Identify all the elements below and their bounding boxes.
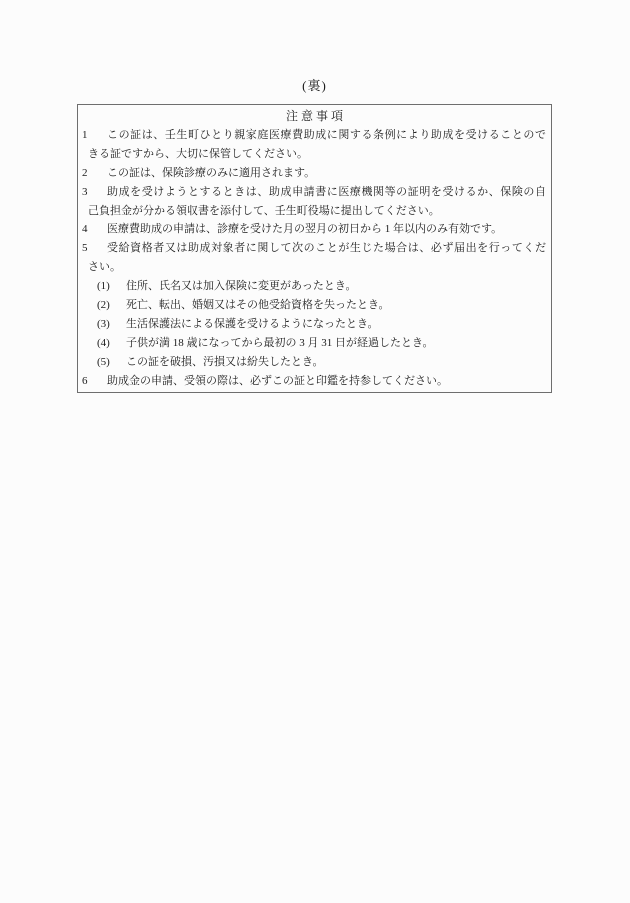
page-side-label: (裏) [77, 76, 552, 95]
notice-title: 注意事項 [78, 107, 551, 126]
item-marker: 2 [82, 164, 88, 183]
item-marker: 4 [82, 220, 88, 239]
notice-line: (2)死亡、転出、婚姻又はその他受給資格を失ったとき。 [78, 296, 551, 315]
item-text: この証は、壬生町ひとり親家庭医療費助成に関する条例により助成を受けることので [107, 126, 546, 145]
notice-line: 2この証は、保険診療のみに適用されます。 [78, 164, 551, 183]
item-marker: (4) [97, 334, 110, 353]
item-text: 受給資格者又は助成対象者に関して次のことが生じた場合は、必ず届出を行ってくだ [107, 239, 546, 258]
item-text: 助成を受けようとするときは、助成申請書に医療機関等の証明を受けるか、保険の自 [107, 183, 546, 202]
item-marker: 1 [82, 126, 88, 145]
item-text: 住所、氏名又は加入保険に変更があったとき。 [126, 277, 546, 296]
item-text: きる証ですから、大切に保管してください。 [88, 145, 546, 164]
notice-line: (5)この証を破損、汚損又は紛失したとき。 [78, 353, 551, 372]
item-text: 生活保護法による保護を受けるようになったとき。 [126, 315, 546, 334]
item-marker: (1) [97, 277, 110, 296]
notice-line: さい。 [78, 258, 551, 277]
item-marker: 6 [82, 372, 88, 391]
notice-line: 3助成を受けようとするときは、助成申請書に医療機関等の証明を受けるか、保険の自 [78, 183, 551, 202]
item-text: 助成金の申請、受領の際は、必ずこの証と印鑑を持参してください。 [107, 372, 546, 391]
item-text: 医療費助成の申請は、診療を受けた月の翌月の初日から 1 年以内のみ有効です。 [107, 220, 546, 239]
notice-line: 4医療費助成の申請は、診療を受けた月の翌月の初日から 1 年以内のみ有効です。 [78, 220, 551, 239]
item-marker: 3 [82, 183, 88, 202]
notice-line: (3)生活保護法による保護を受けるようになったとき。 [78, 315, 551, 334]
item-marker: 5 [82, 239, 88, 258]
notice-line: 6助成金の申請、受領の際は、必ずこの証と印鑑を持参してください。 [78, 372, 551, 391]
item-marker: (5) [97, 353, 110, 372]
item-text: さい。 [88, 258, 546, 277]
item-text: 子供が満 18 歳になってから最初の 3 月 31 日が経過したとき。 [126, 334, 546, 353]
notice-line: 己負担金が分かる領収書を添付して、壬生町役場に提出してください。 [78, 202, 551, 221]
notice-line: (4)子供が満 18 歳になってから最初の 3 月 31 日が経過したとき。 [78, 334, 551, 353]
item-text: この証は、保険診療のみに適用されます。 [107, 164, 546, 183]
notice-lines: 1この証は、壬生町ひとり親家庭医療費助成に関する条例により助成を受けることのでき… [78, 126, 551, 391]
notice-line: 1この証は、壬生町ひとり親家庭医療費助成に関する条例により助成を受けることので [78, 126, 551, 145]
notice-line: (1)住所、氏名又は加入保険に変更があったとき。 [78, 277, 551, 296]
notice-line: 5受給資格者又は助成対象者に関して次のことが生じた場合は、必ず届出を行ってくだ [78, 239, 551, 258]
item-text: この証を破損、汚損又は紛失したとき。 [126, 353, 546, 372]
item-marker: (2) [97, 296, 110, 315]
item-marker: (3) [97, 315, 110, 334]
item-text: 己負担金が分かる領収書を添付して、壬生町役場に提出してください。 [88, 202, 546, 221]
item-text: 死亡、転出、婚姻又はその他受給資格を失ったとき。 [126, 296, 546, 315]
notice-box: 注意事項 1この証は、壬生町ひとり親家庭医療費助成に関する条例により助成を受ける… [77, 104, 552, 393]
notice-line: きる証ですから、大切に保管してください。 [78, 145, 551, 164]
